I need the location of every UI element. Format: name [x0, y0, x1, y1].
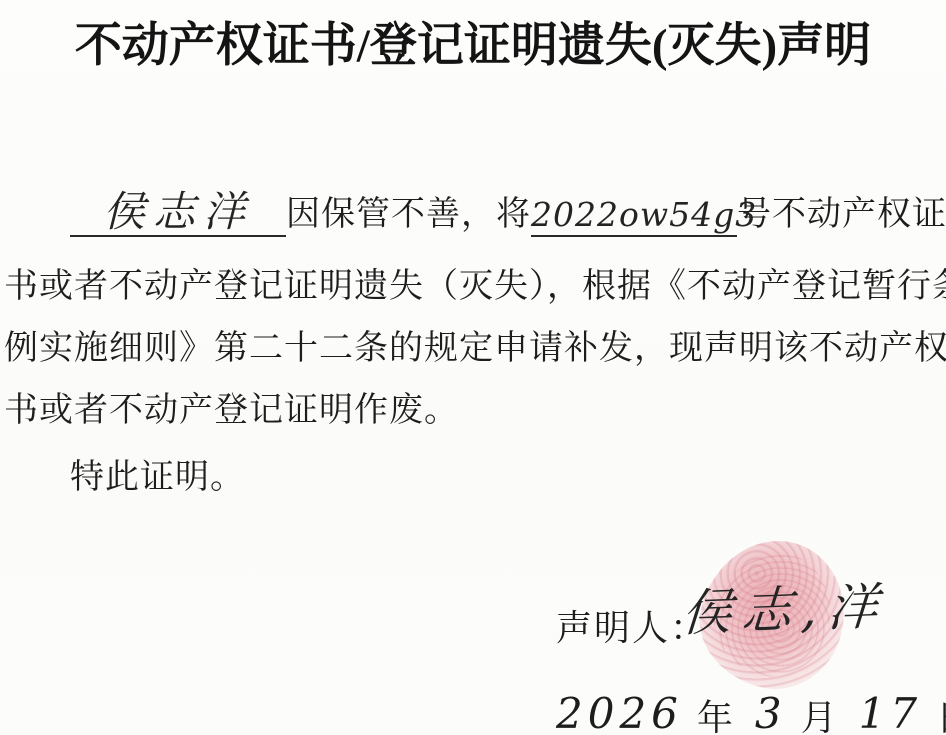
body-line-3: 例实施细则》第二十二条的规定申请补发，现声明该不动产权证 [4, 320, 946, 369]
body-line-1-text-a: 因保管不善，将 [286, 196, 531, 233]
declarant-name-blank: 侯志洋 [70, 189, 286, 237]
signature-handwriting: 侯志,洋 [680, 566, 891, 645]
document-title: 不动产权证书/登记证明遗失(灭失)声明 [0, 8, 946, 75]
certificate-number-blank: 2022ow54g3 [531, 195, 737, 237]
body-line-2: 书或者不动产登记证明遗失（灭失），根据《不动产登记暂行条 [4, 258, 946, 307]
body-line-4: 书或者不动产登记证明作废。 [4, 382, 459, 431]
body-line-1: 侯志洋因保管不善，将2022ow54g3号不动产权证 [0, 186, 946, 235]
body-line-1-text-b: 号不动产权证 [737, 196, 946, 233]
date-year-label: 年 [697, 698, 733, 735]
date-day-handwritten: 17 [859, 689, 922, 735]
date-day-label: 日 [936, 698, 946, 735]
date-month-label: 月 [801, 698, 837, 735]
date-month-handwritten: 3 [755, 689, 787, 735]
date-year-handwritten: 2026 [556, 689, 683, 735]
scanned-page-background: 不动产权证书/登记证明遗失(灭失)声明 侯志洋因保管不善，将2022ow54g3… [0, 0, 946, 735]
date-line: 2026年3月17日 [556, 690, 946, 735]
closing-line: 特此证明。 [70, 449, 245, 498]
